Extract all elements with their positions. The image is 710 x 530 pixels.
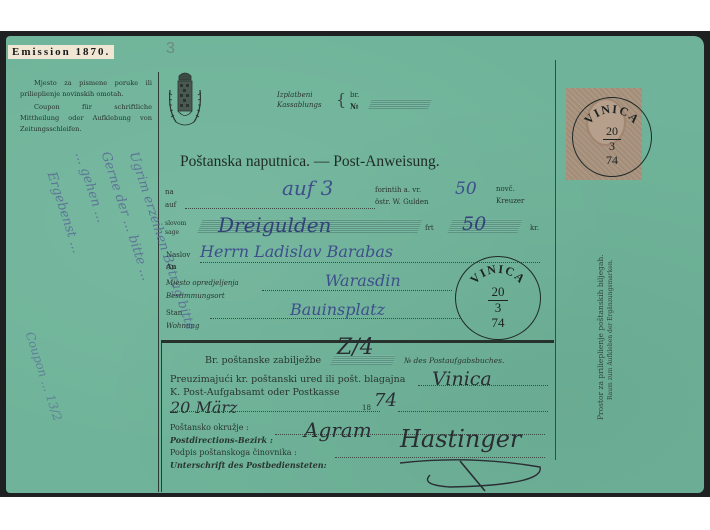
residence-label-de: Wohnung [166,322,199,330]
coupon-text-hr: Mjesto za pismene poruke ili prilieplien… [20,78,152,100]
receiving-office-hr: Preuzimajući kr. poštanski ured ili pošt… [170,374,405,385]
destination-line [262,290,452,291]
district-handwritten: Agram [304,418,372,442]
issue-abbr-hr: br. [350,91,359,99]
year-prefix: 18 [362,404,371,412]
amount-line [185,208,375,209]
words-label-hr: slovom [165,220,186,227]
signature-label-hr: Podpis poštanskoga činovnika : [170,448,297,457]
residence-handwritten: Bauinsplatz [290,300,385,319]
amount-handwritten: auf 3 [282,176,333,200]
pencil-mark: 3 [166,40,175,58]
address-label-hr: Naslov [166,251,190,259]
residence-label-hr: Stan [166,309,182,317]
date-line [170,411,380,412]
receiving-office-de: K. Post-Aufgabsamt oder Postkasse [170,387,340,398]
subunit-label-de: Kreuzer [496,197,524,205]
stamp-area-label-hr: Prostor za prilieplienje poštanskih bilj… [596,254,605,420]
coat-of-arms-icon [166,70,204,142]
issue-label-hr: Izplatbeni [277,91,313,99]
district-label-de: Postdirections-Bezirk : [170,435,273,445]
kr-label: kr. [530,224,539,232]
postmark-month: 3 [456,300,540,316]
words-handwritten: Dreigulden [218,213,331,237]
postmark-middle: VINICA 20 3 74 [455,256,541,340]
coupon-text-de: Coupon für schriftliche Mittheilung oder… [20,102,152,135]
register-label-de: № des Postaufgabsbuches. [404,356,504,365]
issue-label-de: Kassablungs [277,101,322,109]
receiving-office-handwritten: Vinica [432,368,492,390]
year-line [398,411,548,412]
register-label-hr: Br. poštanske zabilježbe [205,355,321,366]
stamp-area-divider [555,60,556,460]
kreuzer-handwritten: 50 [455,179,477,199]
address-label-de: An [166,262,177,271]
frt-handwritten: 50 [462,213,486,235]
postmark-stamp: VINICA 20 3 74 [572,97,652,177]
signature-label-de: Unterschrift des Postbediensteten: [170,460,327,470]
destination-handwritten: Warasdin [325,271,401,290]
amount-label-de: auf [165,201,176,209]
postmark-stamp-day: 20 [573,124,651,139]
coupon-instructions: Mjesto za pismene poruke ili prilieplien… [20,78,152,137]
svg-text:VINICA: VINICA [467,262,528,287]
currency-label-hr: forintih a. vr. [375,186,421,194]
year-handwritten: 74 [374,390,397,411]
postmark-year: 74 [456,315,540,331]
date-handwritten: 20 März [170,398,237,417]
postmark-day: 20 [456,284,540,300]
words-label-de: sage [165,229,179,236]
stamp-area-label-de: Raum zum Aufkleben der Ergänzungsmarken. [607,259,614,400]
form-title: Poštanska naputnica. — Post-Anweisung. [180,153,440,171]
emission-label: Emission 1870. [8,45,114,59]
postmark-stamp-month: 3 [573,139,651,154]
destination-label-de: Bestimmungsort [166,292,225,300]
coupon-divider-inner [161,340,162,492]
issue-abbr-de: № [350,101,359,111]
coupon-divider [158,72,159,492]
issue-number-field [368,99,432,109]
destination-label-hr: Mjesto opredjeljenja [166,279,239,287]
issue-brace: { [336,90,346,109]
signature-handwritten: Hastinger [400,425,521,453]
subunit-label-hr: novč. [496,185,515,193]
frt-label: frt [425,224,434,232]
postmark-stamp-year: 74 [573,153,651,168]
currency-label-de: östr. W. Gulden [375,198,429,206]
address-handwritten: Herrn Ladislav Barabas [200,242,393,261]
signature-flourish [390,455,550,495]
district-label-hr: Poštansko okružje : [170,423,249,432]
register-handwritten: Z/4 [337,335,374,360]
amount-label-hr: na [165,188,174,196]
